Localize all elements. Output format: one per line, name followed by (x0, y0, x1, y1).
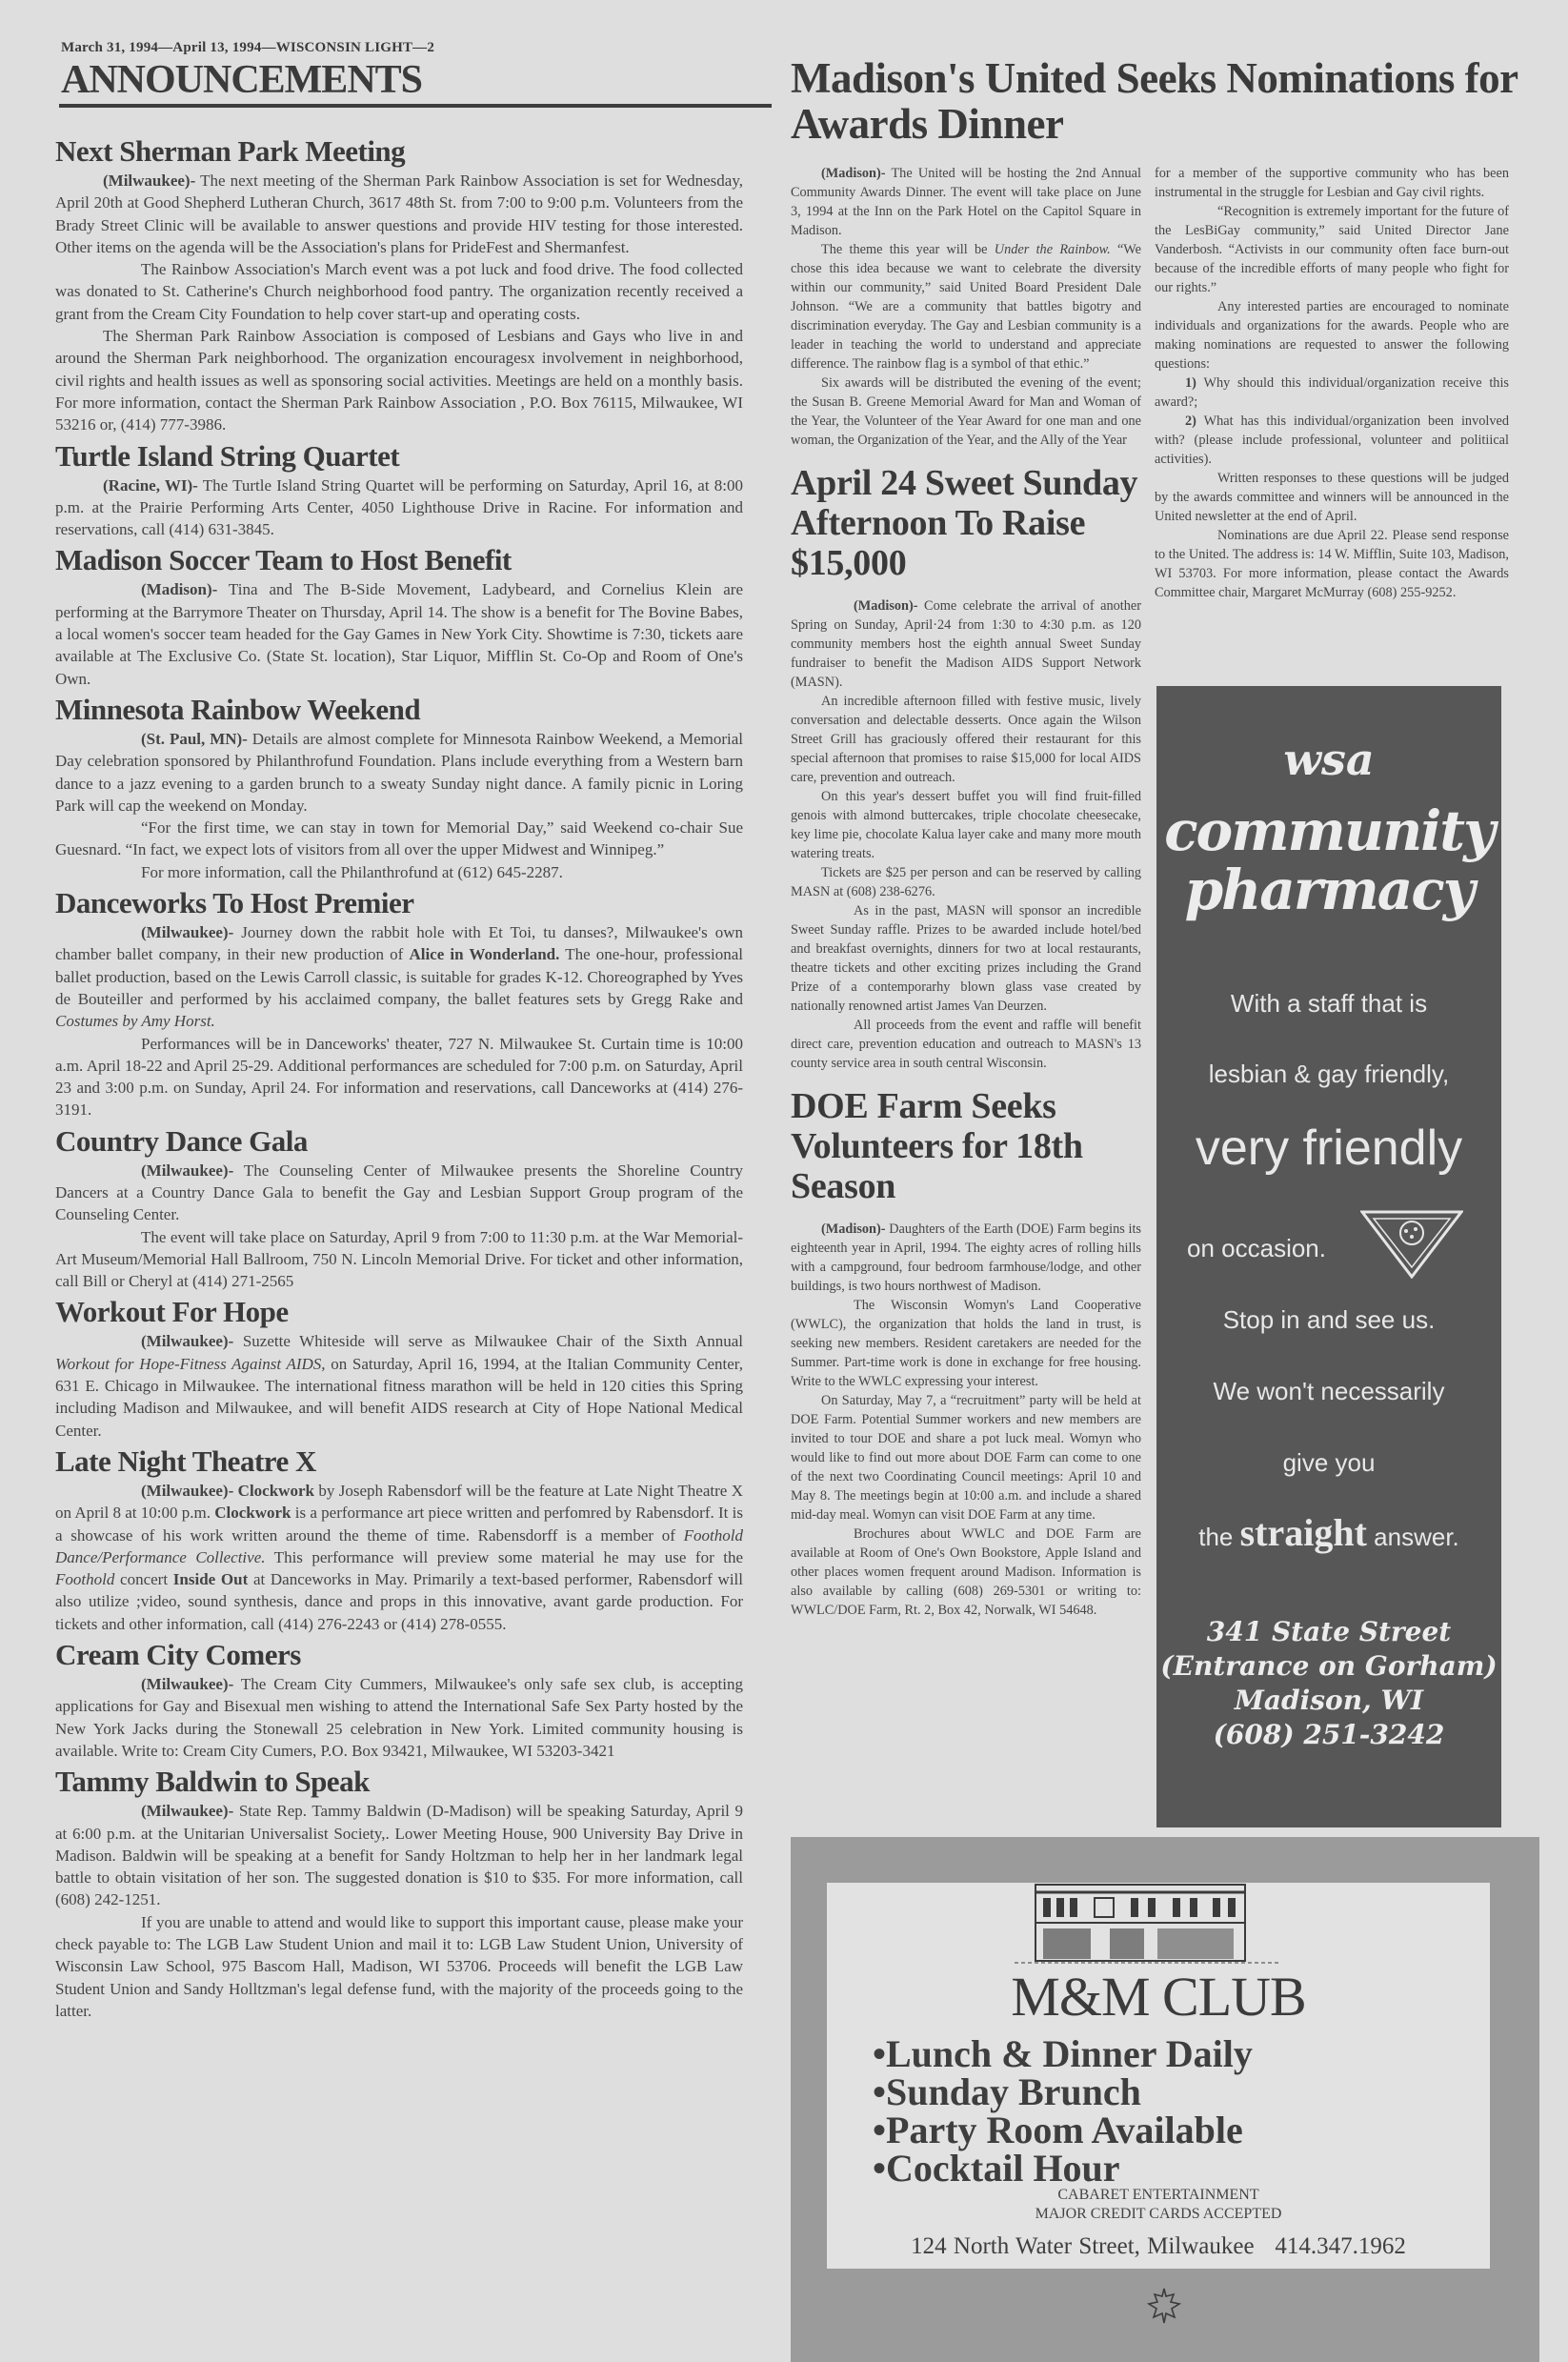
article-country-dance: Country Dance Gala (Milwaukee)- The Coun… (55, 1123, 743, 1293)
article-headline: Minnesota Rainbow Weekend (55, 692, 743, 728)
feature-item: •Sunday Brunch (873, 2073, 1253, 2111)
maple-leaf-icon (1145, 2287, 1183, 2325)
article-paragraph: (Madison)- Tina and The B-Side Movement,… (55, 578, 743, 689)
article-headline: Tammy Baldwin to Speak (55, 1764, 743, 1800)
article-paragraph: Written responses to these questions wil… (1155, 469, 1509, 526)
ad-line-emphasis: very friendly (1156, 1120, 1501, 1177)
article-headline: Late Night Theatre X (55, 1443, 743, 1480)
right-column-b: for a member of the supportive community… (1155, 164, 1509, 602)
article-headline: Country Dance Gala (55, 1123, 743, 1160)
article-paragraph: Performances will be in Danceworks' thea… (55, 1033, 743, 1121)
mm-club-address: 124 North Water Street, Milwaukee 414.34… (827, 2233, 1490, 2260)
newspaper-page: March 31, 1994—April 13, 1994—WISCONSIN … (0, 0, 1568, 2362)
announcements-column: Next Sherman Park Meeting (Milwaukee)- T… (55, 133, 743, 2024)
article-paragraph: The Wisconsin Womyn's Land Cooperative (… (791, 1296, 1141, 1391)
article-paragraph: (Milwaukee)- Journey down the rabbit hol… (55, 921, 743, 1032)
article-paragraph: The Sherman Park Rainbow Association is … (55, 325, 743, 435)
article-headline: Next Sherman Park Meeting (55, 133, 743, 170)
article-late-night-theatre: Late Night Theatre X (Milwaukee)- Clockw… (55, 1443, 743, 1635)
article-workout-for-hope: Workout For Hope (Milwaukee)- Suzette Wh… (55, 1294, 743, 1441)
mm-club-notes: CABARET ENTERTAINMENT MAJOR CREDIT CARDS… (827, 2186, 1490, 2224)
article-paragraph: (Milwaukee)- Suzette Whiteside will serv… (55, 1330, 743, 1441)
pharmacy-logo-community: community (1156, 798, 1501, 863)
ad-line: lesbian & gay friendly, (1156, 1060, 1501, 1089)
article-paragraph: Tickets are $25 per person and can be re… (791, 863, 1141, 901)
article-tammy-baldwin: Tammy Baldwin to Speak (Milwaukee)- Stat… (55, 1764, 743, 2022)
article-headline: Madison Soccer Team to Host Benefit (55, 542, 743, 578)
article-headline: Turtle Island String Quartet (55, 438, 743, 474)
feature-item: •Cocktail Hour (873, 2150, 1253, 2188)
article-paragraph: (Madison)- Daughters of the Earth (DOE) … (791, 1220, 1141, 1296)
feature-item: •Lunch & Dinner Daily (873, 2035, 1253, 2073)
article-paragraph: (Madison)- Come celebrate the arrival of… (791, 596, 1141, 692)
article-danceworks: Danceworks To Host Premier (Milwaukee)- … (55, 885, 743, 1121)
ad-line: Stop in and see us. (1156, 1305, 1501, 1335)
article-paragraph: (Madison)- The United will be hosting th… (791, 164, 1141, 240)
article-paragraph: The Rainbow Association's March event wa… (55, 258, 743, 325)
article-paragraph: Six awards will be distributed the eveni… (791, 373, 1141, 450)
article-paragraph: Brochures about WWLC and DOE Farm are av… (791, 1524, 1141, 1620)
article-turtle-island: Turtle Island String Quartet (Racine, WI… (55, 438, 743, 541)
article-paragraph: As in the past, MASN will sponsor an inc… (791, 901, 1141, 1016)
article-headline: Workout For Hope (55, 1294, 743, 1330)
section-title: ANNOUNCEMENTS (61, 57, 422, 103)
article-headline: Cream City Comers (55, 1637, 743, 1673)
ad-line: With a staff that is (1156, 989, 1501, 1019)
article-paragraph: 1) Why should this individual/organizati… (1155, 373, 1509, 412)
ad-line: We won't necessarily (1156, 1377, 1501, 1406)
mm-club-advertisement: M&M CLUB •Lunch & Dinner Daily •Sunday B… (791, 1837, 1539, 2362)
article-paragraph: The event will take place on Saturday, A… (55, 1226, 743, 1293)
article-minnesota-rainbow: Minnesota Rainbow Weekend (St. Paul, MN)… (55, 692, 743, 883)
article-paragraph: For more information, call the Philanthr… (55, 861, 743, 883)
mm-club-features: •Lunch & Dinner Daily •Sunday Brunch •Pa… (873, 2035, 1253, 2188)
article-paragraph: All proceeds from the event and raffle w… (791, 1016, 1141, 1073)
ad-line: give you (1156, 1448, 1501, 1478)
article-paragraph: Any interested parties are encouraged to… (1155, 297, 1509, 373)
feature-item: •Party Room Available (873, 2111, 1253, 2150)
article-paragraph: 2) What has this individual/organization… (1155, 412, 1509, 469)
section-rule (59, 104, 772, 108)
article-paragraph: (St. Paul, MN)- Details are almost compl… (55, 728, 743, 817)
article-paragraph: On this year's dessert buffet you will f… (791, 787, 1141, 863)
article-paragraph: The theme this year will be Under the Ra… (791, 240, 1141, 373)
article-paragraph: (Milwaukee)- The Cream City Cummers, Mil… (55, 1673, 743, 1762)
pharmacy-logo-wsa: wsa (1156, 734, 1501, 785)
united-headline: Madison's United Seeks Nominations for A… (791, 55, 1553, 147)
article-headline: Danceworks To Host Premier (55, 885, 743, 921)
article-madison-soccer: Madison Soccer Team to Host Benefit (Mad… (55, 542, 743, 689)
article-paragraph: (Milwaukee)- Clockwork by Joseph Rabensd… (55, 1480, 743, 1635)
article-paragraph: for a member of the supportive community… (1155, 164, 1509, 202)
mm-club-title: M&M CLUB (827, 1965, 1490, 2029)
article-paragraph: Nominations are due April 22. Please sen… (1155, 526, 1509, 602)
article-paragraph: An incredible afternoon filled with fest… (791, 692, 1141, 787)
article-sherman-park: Next Sherman Park Meeting (Milwaukee)- T… (55, 133, 743, 436)
page-dateline: March 31, 1994—April 13, 1994—WISCONSIN … (61, 40, 434, 56)
sweet-sunday-headline: April 24 Sweet Sunday Afternoon To Raise… (791, 463, 1141, 583)
article-cream-city: Cream City Comers (Milwaukee)- The Cream… (55, 1637, 743, 1762)
article-paragraph: “For the first time, we can stay in town… (55, 817, 743, 861)
article-paragraph: (Milwaukee)- The Counseling Center of Mi… (55, 1160, 743, 1226)
pharmacy-address: 341 State Street (Entrance on Gorham) Ma… (1156, 1615, 1501, 1752)
article-paragraph: On Saturday, May 7, a “recruitment” part… (791, 1391, 1141, 1524)
ornamental-triangle-icon (1360, 1210, 1463, 1279)
article-paragraph: (Milwaukee)- The next meeting of the She… (55, 170, 743, 258)
article-paragraph: If you are unable to attend and would li… (55, 1911, 743, 2022)
right-column-a: (Madison)- The United will be hosting th… (791, 164, 1141, 1620)
article-paragraph: “Recognition is extremely important for … (1155, 202, 1509, 297)
building-illustration-icon (1015, 1879, 1300, 1970)
mm-club-panel: M&M CLUB •Lunch & Dinner Daily •Sunday B… (827, 1883, 1490, 2269)
ad-line: the straight answer. (1156, 1510, 1501, 1555)
article-paragraph: (Racine, WI)- The Turtle Island String Q… (55, 474, 743, 541)
pharmacy-logo-pharmacy: pharmacy (1156, 858, 1501, 922)
doe-farm-headline: DOE Farm Seeks Volunteers for 18th Seaso… (791, 1086, 1141, 1206)
article-paragraph: (Milwaukee)- State Rep. Tammy Baldwin (D… (55, 1800, 743, 1910)
